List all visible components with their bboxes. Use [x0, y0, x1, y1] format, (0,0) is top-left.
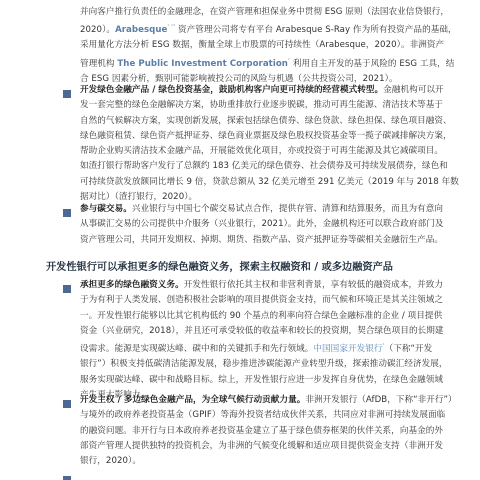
arabesque-link[interactable]: Arabesque — [115, 25, 167, 35]
bullet-title: 开发绿色金融产品 / 绿色投资基金，鼓励机构客户向更可持续的经营模式转型。 — [80, 85, 383, 95]
bullet-paragraph-green-products: 开发绿色金融产品 / 绿色投资基金，鼓励机构客户向更可持续的经营模式转型。金融机… — [80, 83, 438, 205]
text-line: 管理机构 The Public Investment Corporation² … — [80, 54, 438, 72]
bullet-square-icon — [63, 90, 71, 98]
bullet-square-icon — [63, 285, 71, 293]
footnote-marker: ¹ ²³ — [167, 24, 175, 30]
document-page: 并向客户推行负责任的金融理念，在资产管理和担保业务中贯彻 ESG 原则（法国农业… — [0, 0, 480, 480]
bullet-square-icon — [63, 209, 71, 217]
text-line: 2020）。Arabesque¹ ²³ 资产管理公司将专有平台 Arabesqu… — [80, 20, 438, 38]
bullet-title: 承担更多的绿色融资义务。 — [80, 280, 184, 290]
footnote-marker: ² — [288, 58, 290, 64]
cdb-link[interactable]: 中国国家开发银行 — [313, 344, 382, 354]
text-line: 采用量化方法分析 ESG 数据，衡量全球上市股票的可持续性（Arabesque，… — [80, 38, 438, 53]
bullet-paragraph-sovereign-products: 开发主权 / 多边绿色金融产品，为全球气候行动贡献力量。非洲开发银行（AfDB，… — [80, 393, 438, 469]
pic-link[interactable]: The Public Investment Corporation — [117, 59, 288, 69]
bullet-title: 参与碳交易。 — [80, 204, 132, 214]
bullet-title: 开发主权 / 多边绿色金融产品，为全球气候行动贡献力量。 — [80, 395, 305, 405]
text-line: 并向客户推行负责任的金融理念，在资产管理和担保业务中贯彻 ESG 原则（法国农业… — [80, 5, 438, 20]
intro-paragraph: 并向客户推行负责任的金融理念，在资产管理和担保业务中贯彻 ESG 原则（法国农业… — [80, 5, 438, 87]
bullet-paragraph-green-financing: 承担更多的绿色融资义务。开发性银行依托其主权和非营利背景，享有较低的融资成本，并… — [80, 278, 438, 403]
section-heading: 开发性银行可以承担更多的绿色融资义务，探索主权融资和 / 或多边融资产品 — [46, 258, 393, 273]
bullet-square-icon — [63, 476, 71, 480]
bullet-square-icon — [63, 400, 71, 408]
bullet-paragraph-carbon-trading: 参与碳交易。兴业银行与中国七个碳交易试点合作，提供存管、清算和结算服务，而且为有… — [80, 202, 438, 248]
